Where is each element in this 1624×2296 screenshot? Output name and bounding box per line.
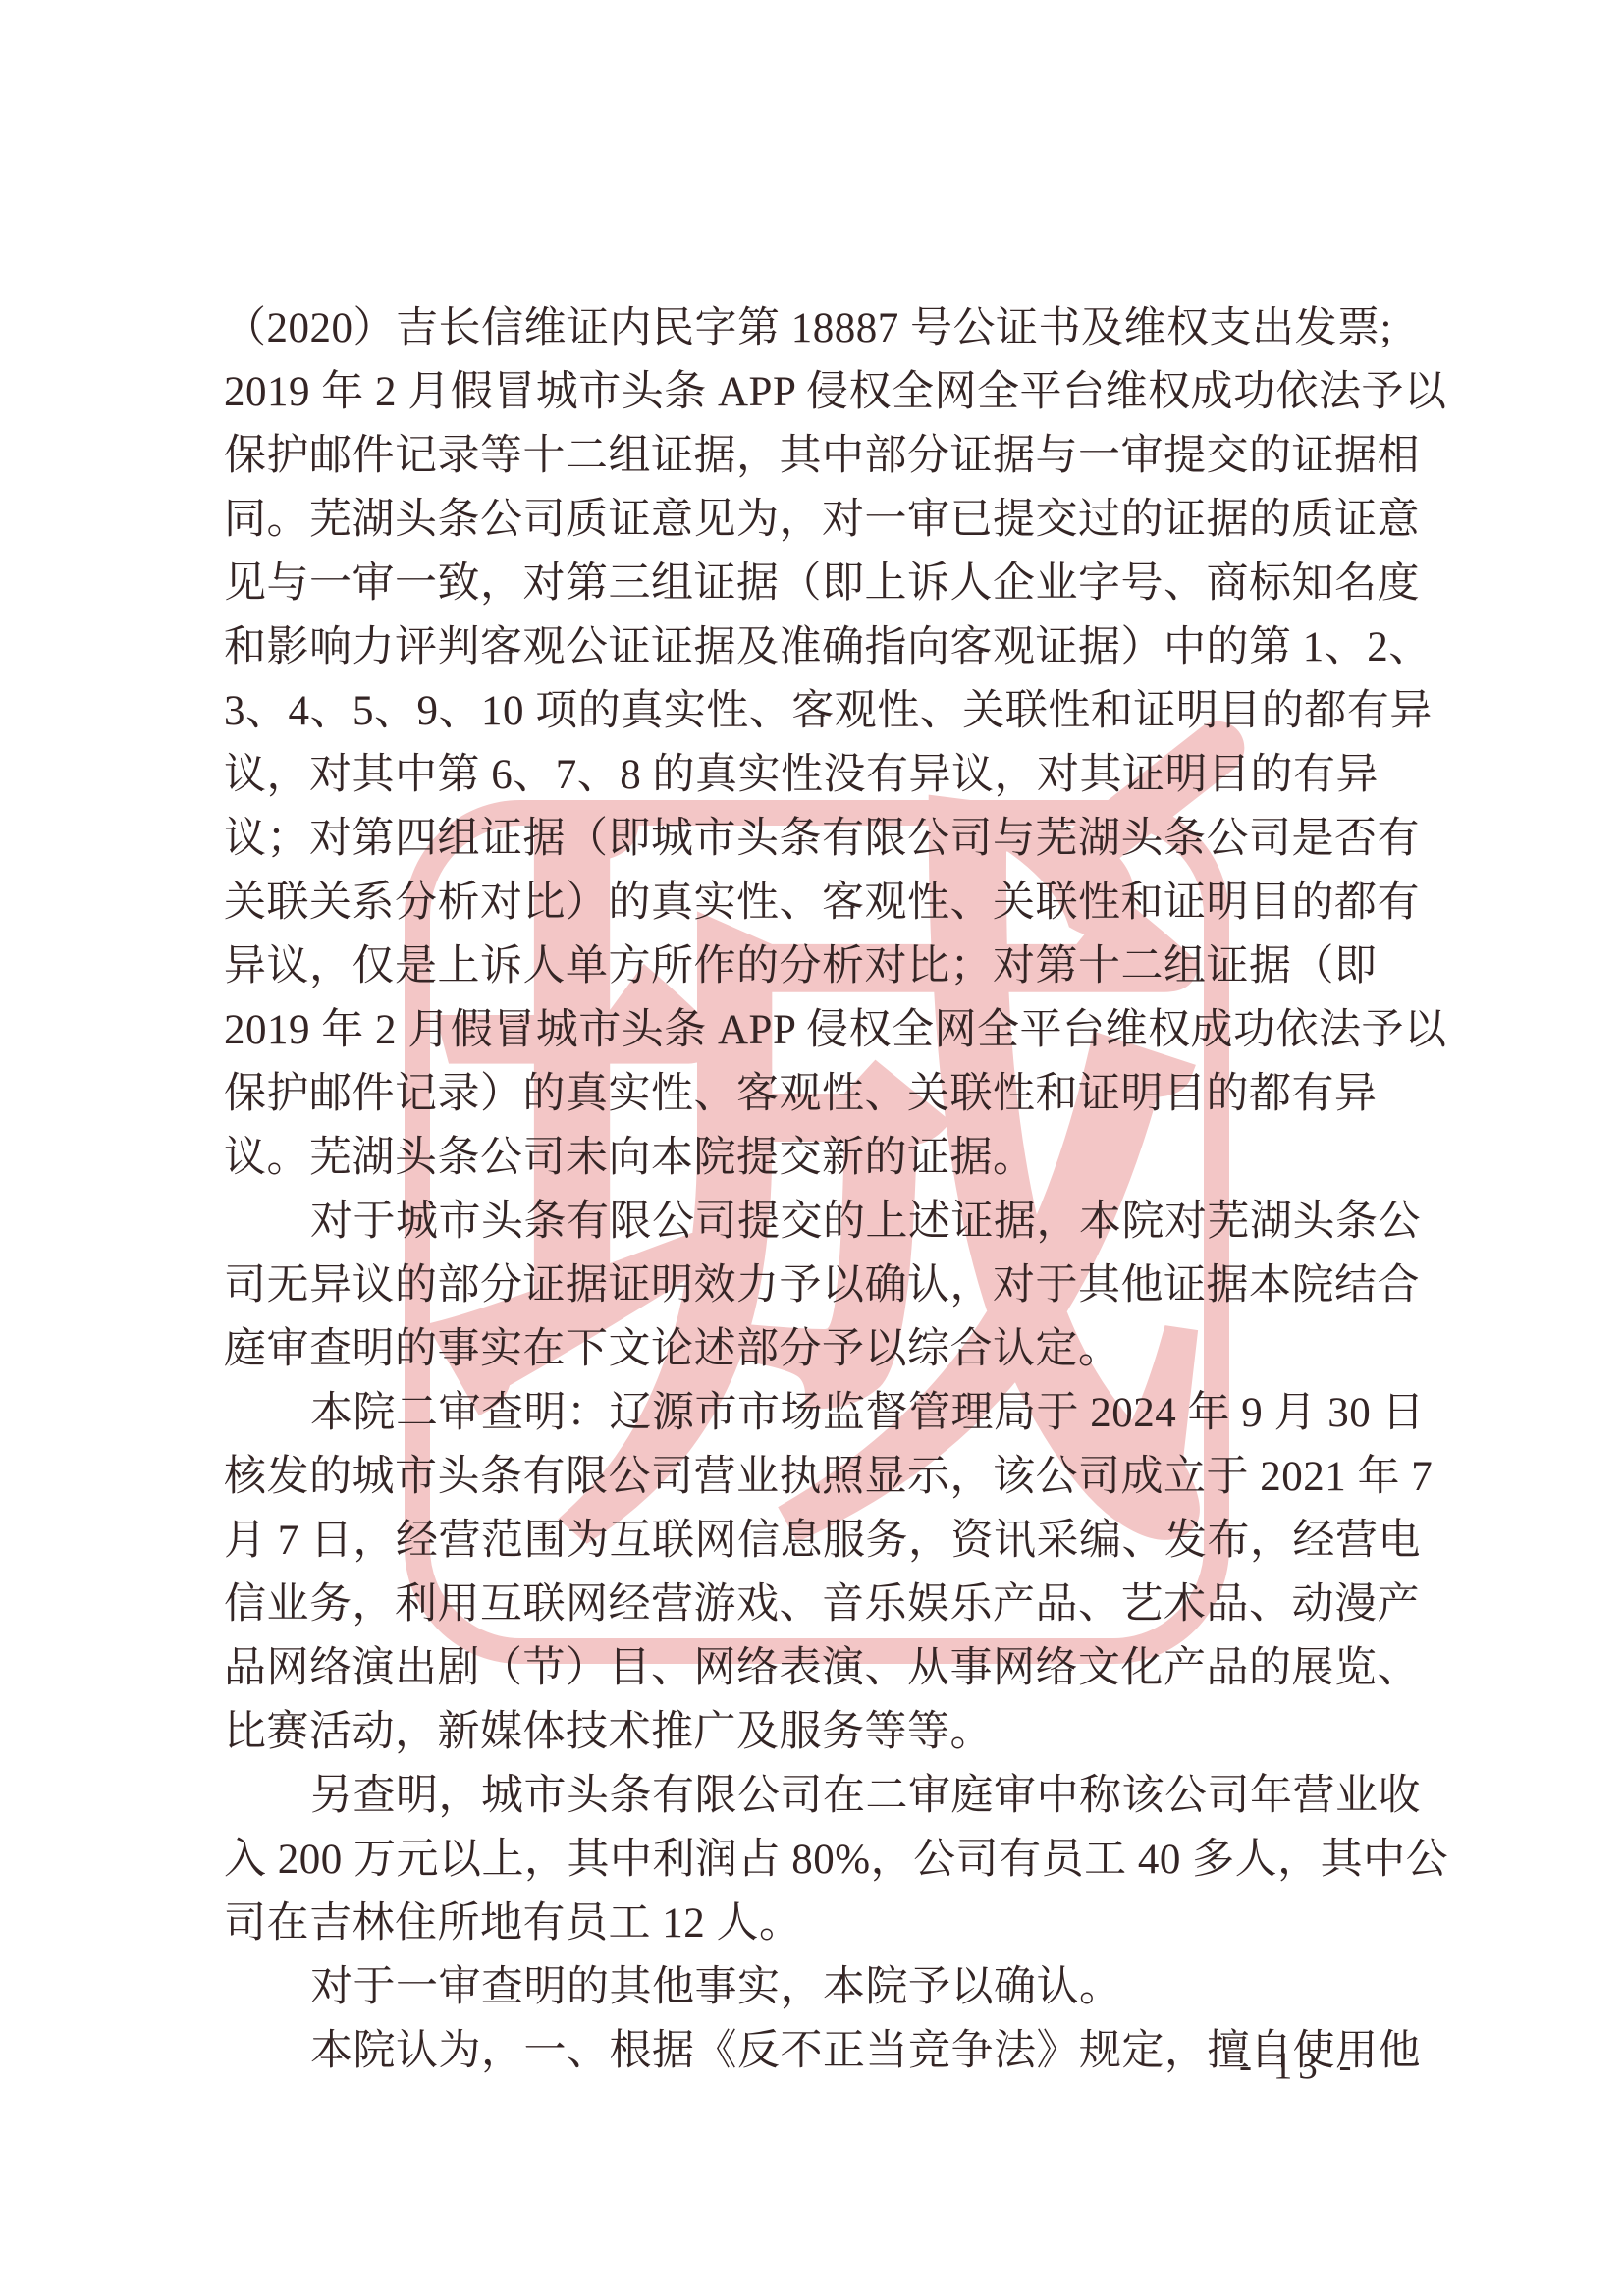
text-line: 庭审查明的事实在下文论述部分予以综合认定。 bbox=[224, 1317, 1471, 1381]
text-line: 2019 年 2 月假冒城市头条 APP 侵权全网全平台维权成功依法予以 bbox=[224, 360, 1471, 424]
text-line: 信业务，利用互联网经营游戏、音乐娱乐产品、艺术品、动漫产 bbox=[224, 1573, 1471, 1636]
text-line: 对于一审查明的其他事实，本院予以确认。 bbox=[224, 1955, 1471, 2019]
text-line: 议。芜湖头条公司未向本院提交新的证据。 bbox=[224, 1126, 1471, 1190]
text-line: 核发的城市头条有限公司营业执照显示，该公司成立于 2021 年 7 bbox=[224, 1445, 1471, 1509]
text-line: 2019 年 2 月假冒城市头条 APP 侵权全网全平台维权成功依法予以 bbox=[224, 998, 1471, 1062]
text-line: 另查明，城市头条有限公司在二审庭审中称该公司年营业收 bbox=[224, 1764, 1471, 1828]
text-line: 比赛活动，新媒体技术推广及服务等等。 bbox=[224, 1700, 1471, 1764]
document-body: （2020）吉长信维证内民字第 18887 号公证书及维权支出发票;2019 年… bbox=[224, 296, 1471, 2083]
text-line: 和影响力评判客观公证证据及准确指向客观证据）中的第 1、2、 bbox=[224, 615, 1471, 679]
page-number: - 13 - bbox=[1239, 2044, 1357, 2088]
text-line: 本院二审查明：辽源市市场监督管理局于 2024 年 9 月 30 日 bbox=[224, 1381, 1471, 1445]
text-line: 司无异议的部分证据证明效力予以确认，对于其他证据本院结合 bbox=[224, 1254, 1471, 1317]
text-line: 司在吉林住所地有员工 12 人。 bbox=[224, 1892, 1471, 1955]
text-line: 入 200 万元以上，其中利润占 80%，公司有员工 40 多人，其中公 bbox=[224, 1828, 1471, 1892]
text-line: 议，对其中第 6、7、8 的真实性没有异议，对其证明目的有异 bbox=[224, 743, 1471, 807]
document-page: 城 （2020）吉长信维证内民字第 18887 号公证书及维权支出发票;2019… bbox=[0, 0, 1624, 2296]
text-line: 关联关系分析对比）的真实性、客观性、关联性和证明目的都有 bbox=[224, 871, 1471, 934]
text-line: 见与一审一致，对第三组证据（即上诉人企业字号、商标知名度 bbox=[224, 552, 1471, 615]
text-line: 同。芜湖头条公司质证意见为，对一审已提交过的证据的质证意 bbox=[224, 488, 1471, 552]
text-line: 保护邮件记录）的真实性、客观性、关联性和证明目的都有异 bbox=[224, 1062, 1471, 1126]
text-line: 异议，仅是上诉人单方所作的分析对比；对第十二组证据（即 bbox=[224, 934, 1471, 998]
text-line: 对于城市头条有限公司提交的上述证据，本院对芜湖头条公 bbox=[224, 1190, 1471, 1254]
text-line: 月 7 日，经营范围为互联网信息服务，资讯采编、发布，经营电 bbox=[224, 1509, 1471, 1573]
text-line: （2020）吉长信维证内民字第 18887 号公证书及维权支出发票; bbox=[224, 296, 1471, 360]
text-line: 3、4、5、9、10 项的真实性、客观性、关联性和证明目的都有异 bbox=[224, 679, 1471, 743]
text-line: 品网络演出剧（节）目、网络表演、从事网络文化产品的展览、 bbox=[224, 1636, 1471, 1700]
text-line: 保护邮件记录等十二组证据，其中部分证据与一审提交的证据相 bbox=[224, 424, 1471, 488]
text-line: 议；对第四组证据（即城市头条有限公司与芜湖头条公司是否有 bbox=[224, 807, 1471, 871]
